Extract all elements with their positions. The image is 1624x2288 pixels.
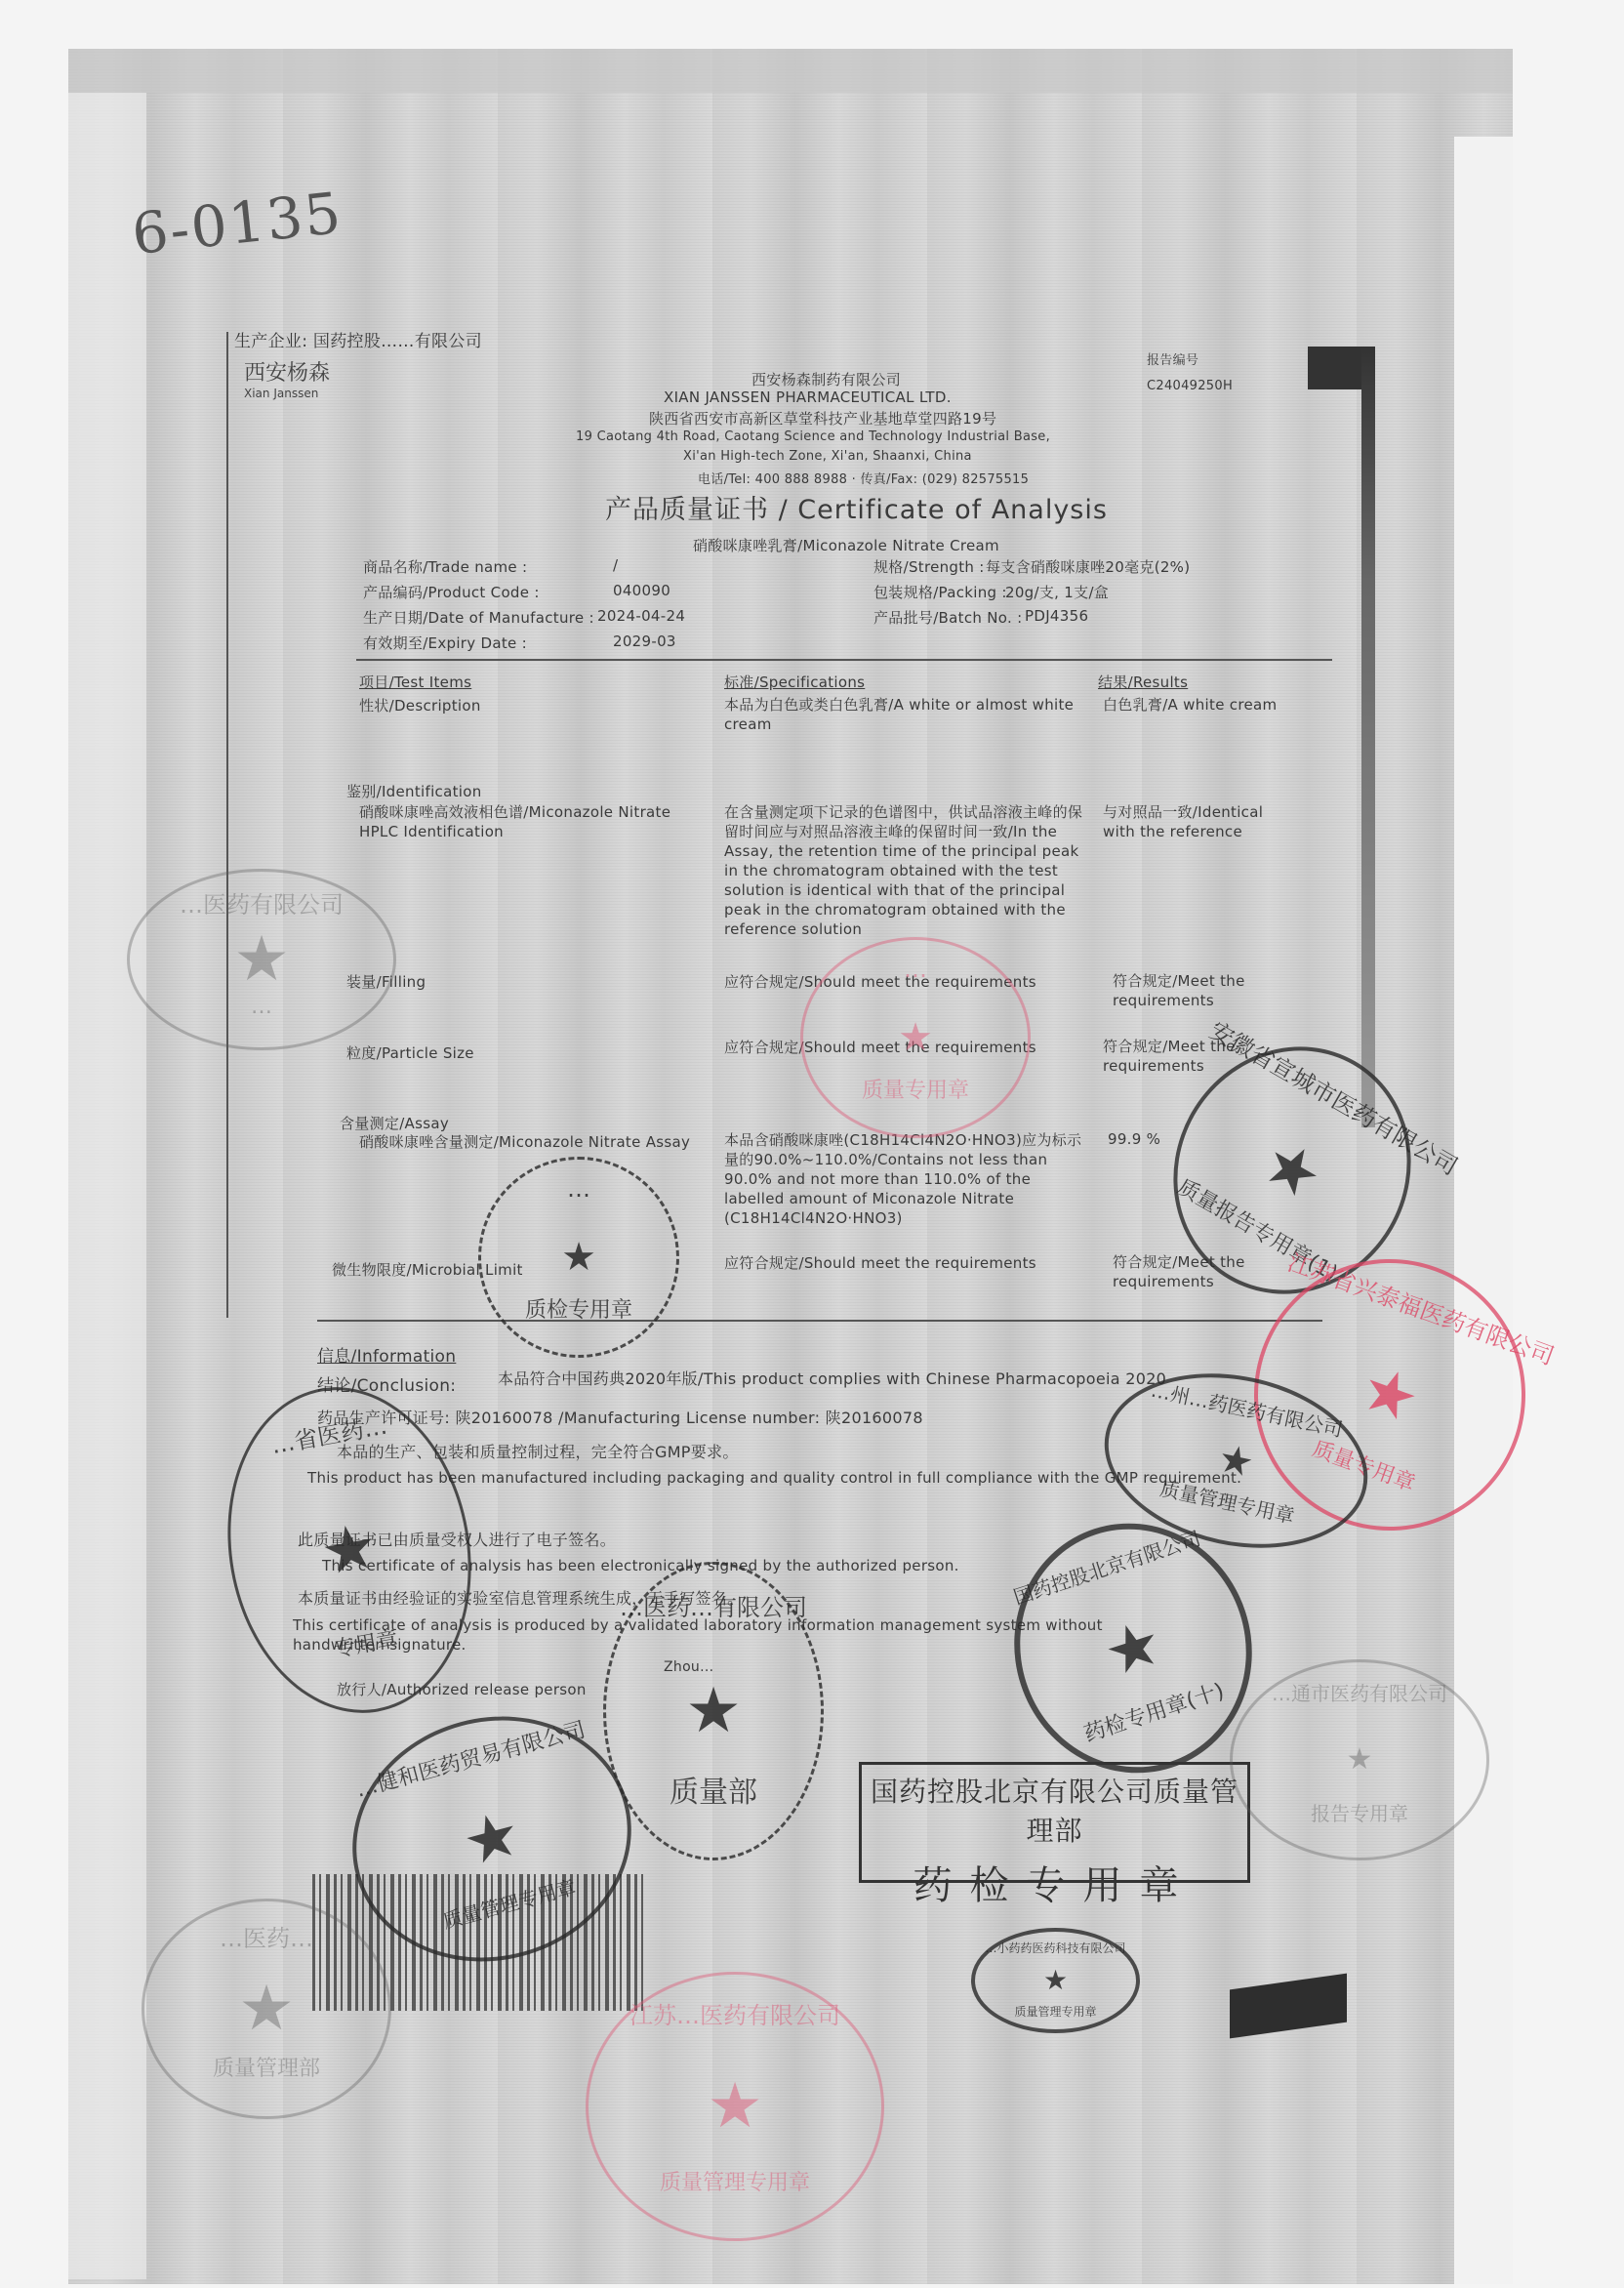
logo-en: Xian Janssen — [244, 387, 468, 400]
stamp-text: 质量部 — [670, 1768, 757, 1811]
company-name-cn: 西安杨森制药有限公司 — [751, 369, 901, 389]
table-top-rule — [356, 659, 1332, 661]
packing-value: 20g/支, 1支/盒 — [1005, 582, 1109, 602]
stamp-report-right: …通市医药有限公司 ★ 报告专用章 — [1230, 1659, 1489, 1860]
col-header-results: 结果/Results — [1098, 672, 1188, 692]
stamp-text: …医药有限公司 — [180, 885, 344, 919]
mfg-date-value: 2024-04-24 — [597, 607, 685, 625]
strength-label: 规格/Strength : — [873, 556, 985, 577]
star-icon: ★ — [1353, 1356, 1427, 1434]
row-item: 粒度/Particle Size — [346, 1042, 474, 1063]
star-icon: ★ — [238, 1978, 294, 2040]
trade-name-value: / — [613, 556, 618, 574]
stamp-text: 质量管理部 — [213, 2052, 320, 2082]
batch-label: 产品批号/Batch No. : — [873, 607, 1022, 628]
expiry-label: 有效期至/Expiry Date : — [363, 633, 527, 653]
star-icon: ★ — [1043, 1967, 1068, 1994]
scan-left-strip — [68, 93, 146, 2279]
row-spec: 本品含硝酸咪康唑(C18H14Cl4N2O·HNO3)应为标示量的90.0%~1… — [724, 1130, 1090, 1228]
row-item: 性状/Description — [359, 695, 481, 715]
packing-label: 包装规格/Packing : — [873, 582, 1007, 602]
stamp-text: 报告专用章 — [1311, 1798, 1408, 1826]
stamp-text: … — [904, 956, 927, 983]
stamp-left-bottom: …医药… ★ 质量管理部 — [142, 1899, 391, 2119]
stamp-text: …医药… — [220, 1919, 313, 1953]
stamp-text: 药检专用章(十) — [1079, 1674, 1227, 1748]
stamp-center-quality: …医药…有限公司 ★ 质量部 — [603, 1562, 824, 1860]
row-item: 鉴别/Identification — [346, 781, 482, 801]
logo-cn: 西安杨森 — [244, 356, 468, 387]
stamp-rect-line2: 药检专用章 — [862, 1855, 1247, 1910]
star-icon: ★ — [685, 1680, 741, 1742]
star-icon: ★ — [898, 1018, 933, 1057]
star-icon: ★ — [1347, 1745, 1373, 1775]
company-address-en-2: Xi'an High-tech Zone, Xi'an, Shaanxi, Ch… — [683, 449, 972, 464]
star-icon: ★ — [561, 1238, 596, 1277]
row-spec: 在含量测定项下记录的色谱图中，供试品溶液主峰的保留时间应与对照品溶液主峰的保留时… — [724, 802, 1090, 939]
scan-right-strip — [1454, 137, 1513, 2284]
stamp-text: 质检专用章 — [525, 1293, 632, 1324]
star-icon: ★ — [1252, 1129, 1332, 1211]
stamp-text: …小药药医药科技有限公司 — [985, 1940, 1125, 1956]
strength-value: 每支含硝酸咪康唑20毫克(2%) — [986, 556, 1190, 577]
frame-right-line — [1361, 347, 1375, 1127]
star-icon: ★ — [1097, 1610, 1169, 1687]
stamp-center-mid: … ★ 质检专用章 — [478, 1157, 679, 1358]
report-no: C24049250H — [1147, 379, 1233, 393]
stamp-text: 江苏省兴泰福医药有限公司 — [1284, 1243, 1561, 1370]
company-logo: 西安杨森 Xian Janssen — [244, 356, 468, 434]
star-icon: ★ — [1215, 1438, 1257, 1484]
stamp-small: …小药药医药科技有限公司 ★ 质量管理专用章 — [971, 1928, 1140, 2033]
stamp-rect-line1: 国药控股北京有限公司质量管理部 — [862, 1771, 1247, 1849]
expiry-value: 2029-03 — [613, 633, 676, 650]
document-title: 产品质量证书 / Certificate of Analysis — [605, 488, 1108, 526]
row-result: 符合规定/Meet the requirements — [1113, 971, 1249, 1010]
stamp-text: 质量专用章 — [862, 1074, 969, 1104]
company-address-en-1: 19 Caotang 4th Road, Caotang Science and… — [576, 429, 1050, 444]
stamp-text: …省医药… — [268, 1407, 389, 1460]
star-icon: ★ — [457, 1802, 527, 1877]
row-spec: 本品为白色或类白色乳膏/A white or almost white crea… — [724, 695, 1085, 734]
batch-value: PDJ4356 — [1025, 607, 1088, 625]
stamp-text: … — [567, 1175, 590, 1203]
product-name: 硝酸咪康唑乳膏/Miconazole Nitrate Cream — [693, 535, 999, 555]
stamp-sinopharm-rect: 国药控股北京有限公司质量管理部 药检专用章 — [859, 1762, 1250, 1883]
company-address-cn: 陕西省西安市高新区草堂科技产业基地草堂四路19号 — [649, 408, 996, 429]
frame-left-line — [226, 332, 228, 1318]
row-spec: 应符合规定/Should meet the requirements — [724, 1252, 1036, 1273]
stamp-red-center: … ★ 质量专用章 — [800, 937, 1031, 1138]
scan-top-band — [68, 49, 1513, 93]
stamp-text: …医药…有限公司 — [620, 1588, 807, 1622]
col-header-spec: 标准/Specifications — [724, 672, 865, 692]
header-line: 生产企业: 国药控股……有限公司 — [234, 327, 482, 351]
info-heading: 信息/Information — [317, 1342, 456, 1367]
stamp-red-bottom: 江苏…医药有限公司 ★ 质量管理专用章 — [586, 1972, 884, 2241]
stamp-text: 专用章 — [332, 1622, 400, 1663]
star-icon: ★ — [707, 2075, 762, 2138]
stamp-text: 质量管理专用章 — [439, 1871, 579, 1934]
company-contact: 电话/Tel: 400 888 8988 · 传真/Fax: (029) 825… — [698, 469, 1029, 487]
row-result: 白色乳膏/A white cream — [1103, 695, 1298, 715]
report-no-label: 报告编号 — [1147, 349, 1198, 368]
stamp-left-mid: …医药有限公司 ★ … — [127, 869, 396, 1050]
stamp-text: 质量管理专用章 — [660, 2166, 810, 2196]
stamp-text: … — [251, 995, 272, 1019]
row-item: 硝酸咪康唑含量测定/Miconazole Nitrate Assay — [359, 1132, 691, 1152]
star-icon: ★ — [233, 928, 289, 991]
company-name-en: XIAN JANSSEN PHARMACEUTICAL LTD. — [664, 388, 952, 406]
mfg-date-label: 生产日期/Date of Manufacture : — [363, 607, 594, 628]
row-item: 含量测定/Assay — [340, 1113, 449, 1133]
row-item: 硝酸咪康唑高效液相色谱/Miconazole Nitrate HPLC Iden… — [359, 802, 691, 841]
product-code-value: 040090 — [613, 582, 670, 599]
trade-name-label: 商品名称/Trade name : — [363, 556, 527, 577]
row-result: 99.9 % — [1108, 1130, 1160, 1148]
stamp-text: 质量管理专用章 — [1014, 2003, 1096, 2020]
stamp-text: 江苏…医药有限公司 — [629, 1996, 840, 2030]
col-header-items: 项目/Test Items — [359, 672, 471, 692]
conclusion-text: 本品符合中国药典2020年版/This product complies wit… — [498, 1367, 1166, 1389]
row-result: 与对照品一致/Identical with the reference — [1103, 802, 1298, 841]
product-code-label: 产品编码/Product Code : — [363, 582, 540, 602]
stamp-text: …通市医药有限公司 — [1272, 1678, 1447, 1706]
table-bottom-rule — [317, 1320, 1322, 1322]
star-icon: ★ — [316, 1515, 383, 1586]
